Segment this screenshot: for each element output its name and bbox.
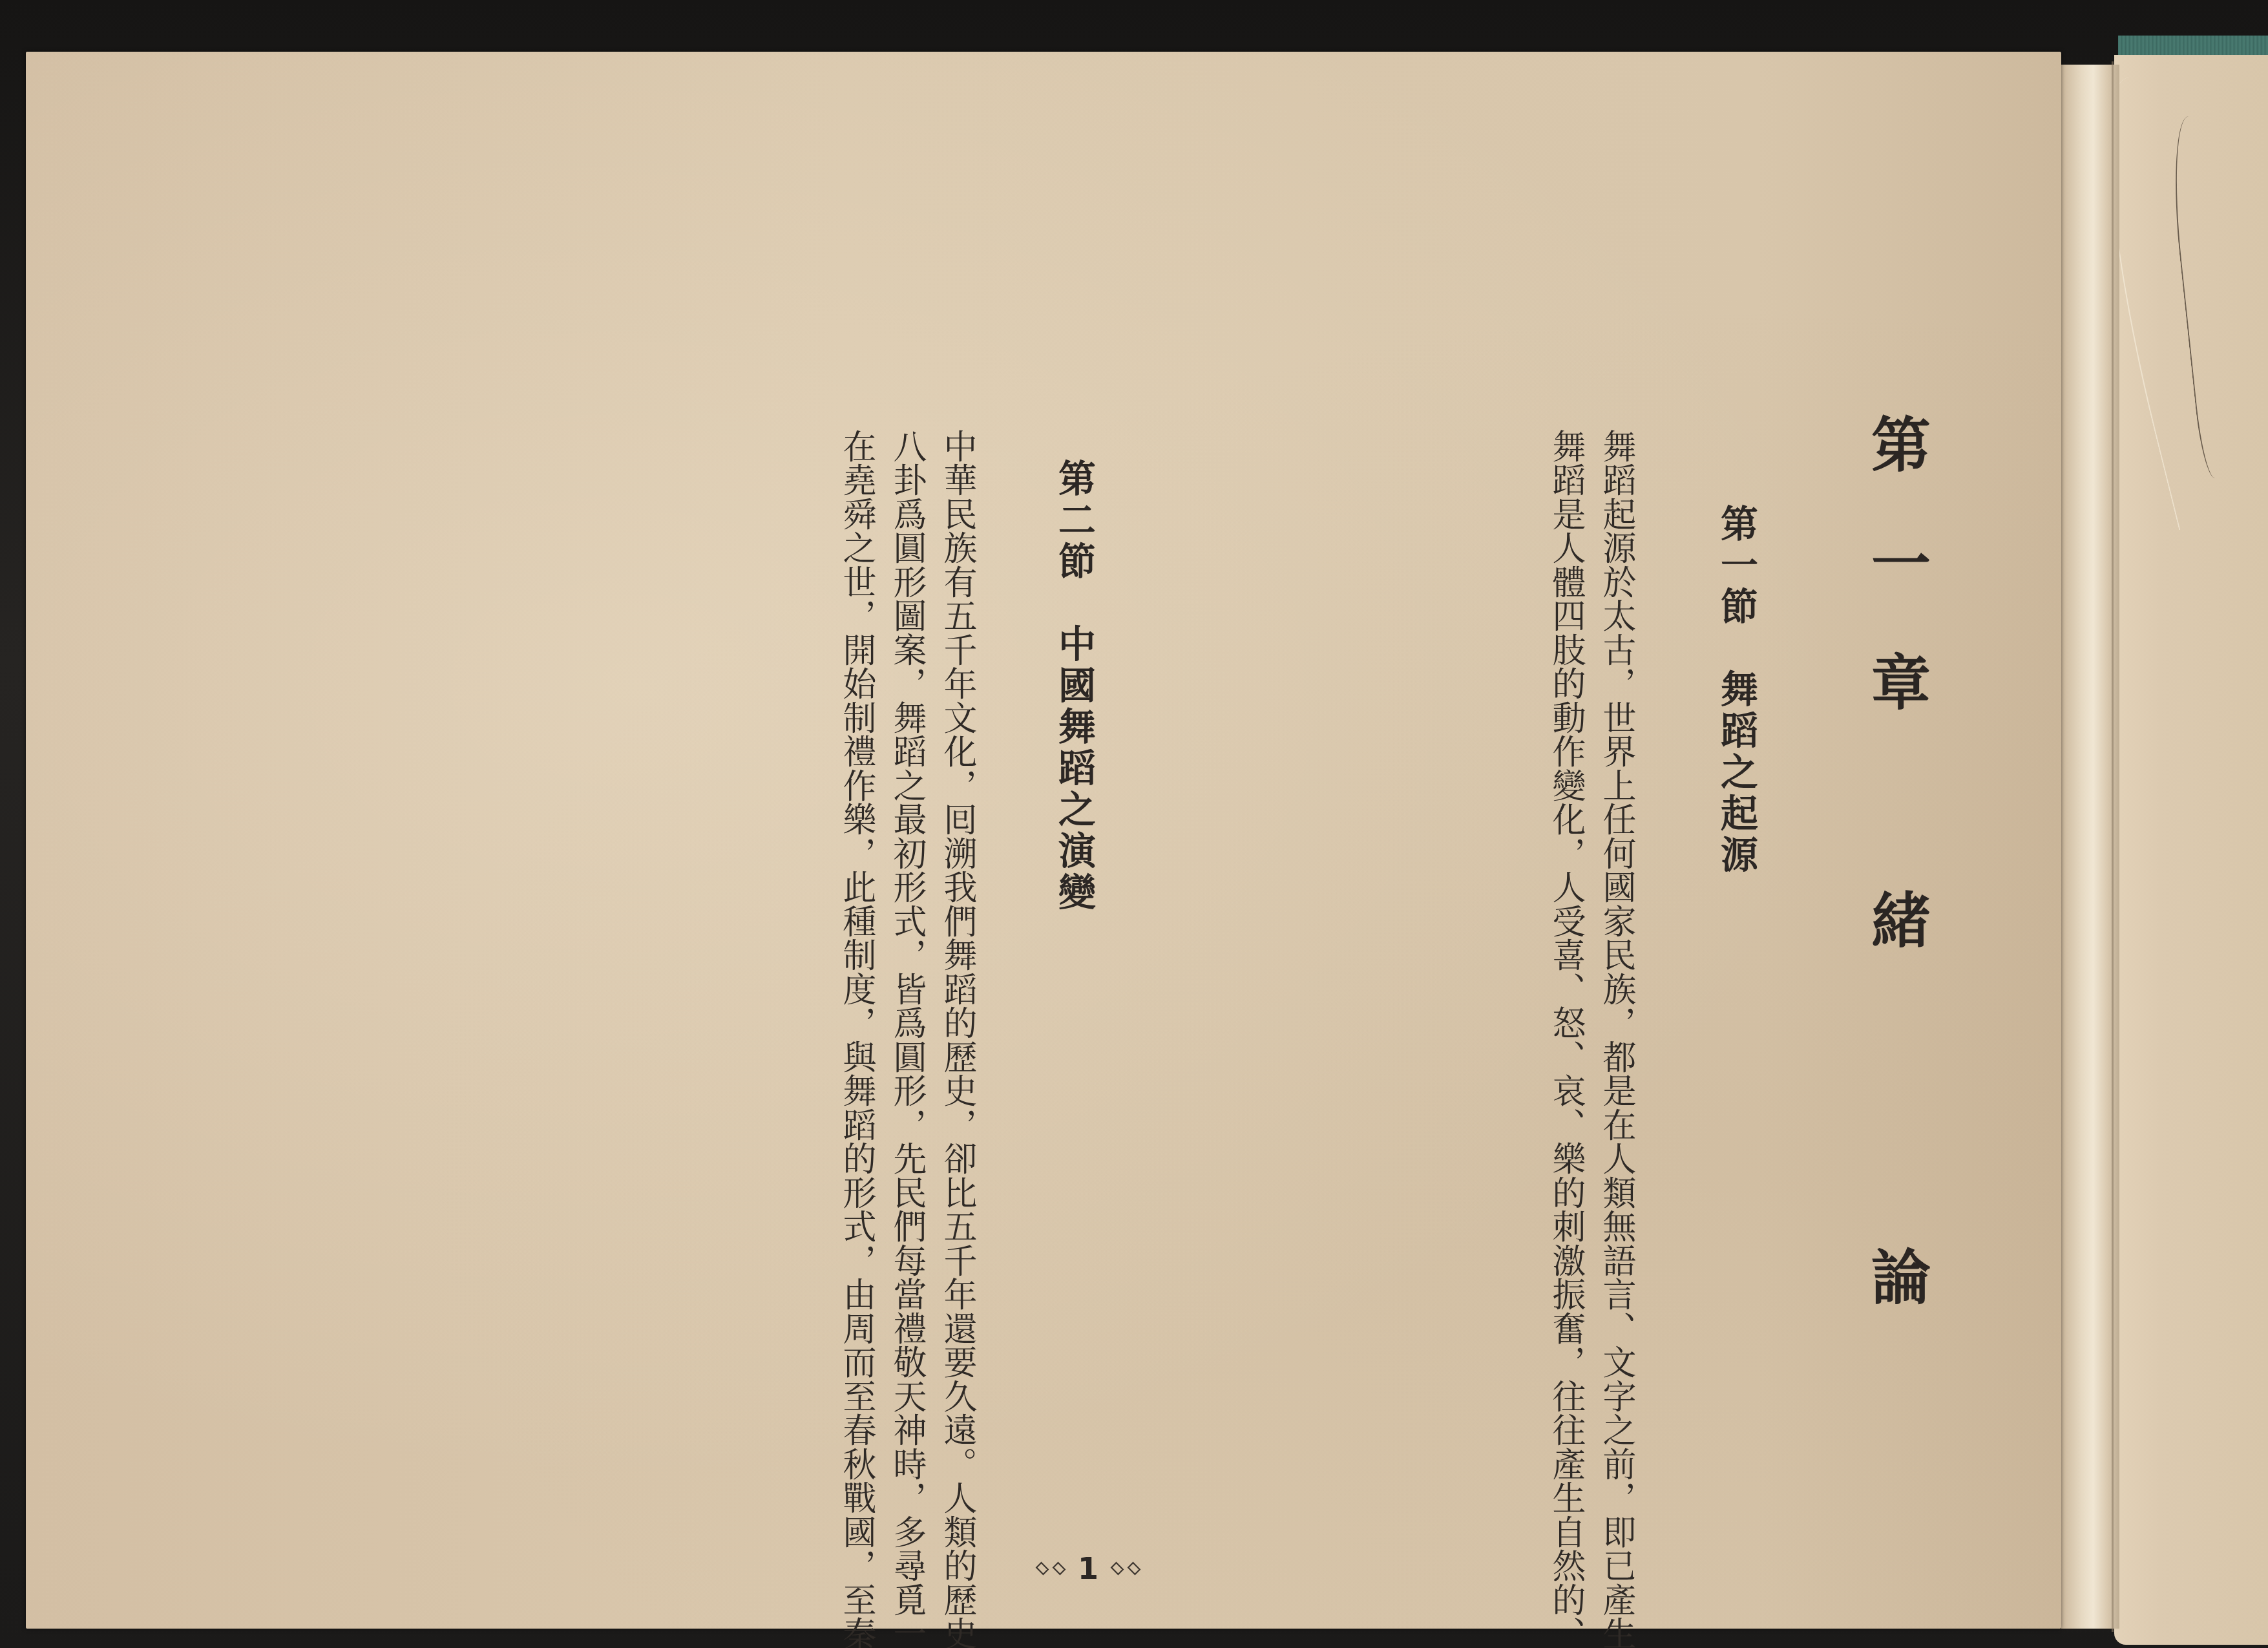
section-1-paragraph-2: 舞蹈是人體四肢的動作變化，人受喜、怒、哀、樂的刺激振奮，往往產生自然的、無意識的… — [1540, 362, 1591, 1461]
section-1-body: 舞蹈起源於太古，世界上任何國家民族，都是在人類無語言、文字之前，即已產生在先民生… — [1124, 362, 1641, 1461]
chapter-title: 第一章 緒 論 — [1853, 414, 1938, 1365]
diamond-ornament-icon — [1034, 1563, 1067, 1574]
section-2-paragraph-2: 八卦爲圓形圖案，舞蹈之最初形式，皆爲圓形，先民們每當禮敬天神時，多尋覓一適當場所… — [881, 362, 932, 1461]
section-2-paragraph-1: 中華民族有五千年文化，囘溯我們舞蹈的歷史，卻比五千年還要久遠。人類的歷史是用文字… — [932, 362, 982, 1461]
gutter-seam — [2112, 61, 2114, 1632]
section-heading-2: 第二節 中國舞蹈之演變 — [1047, 459, 1101, 914]
page-number: 1 — [1034, 1551, 1142, 1586]
page-number-value: 1 — [1078, 1551, 1098, 1586]
section-2-body: 中華民族有五千年文化，囘溯我們舞蹈的歷史，卻比五千年還要久遠。人類的歷史是用文字… — [116, 362, 982, 1461]
section-heading-1: 第一節 舞蹈之起源 — [1709, 504, 1763, 876]
diamond-ornament-icon — [1109, 1563, 1142, 1574]
book-spine-cloth — [2118, 36, 2268, 56]
section-1-paragraph-1: 舞蹈起源於太古，世界上任何國家民族，都是在人類無語言、文字之前，即已產生在先民生… — [1591, 362, 1641, 1461]
section-2-paragraph-3: 在堯舜之世，開始制禮作樂，此種制度，與舞蹈的形式，由周而至春秋戰國，至秦、兩漢，… — [831, 362, 881, 1461]
page-gutter — [2061, 65, 2119, 1629]
book-page: 第一章 緒 論 第一節 舞蹈之起源 舞蹈起源於太古，世界上任何國家民族，都是在人… — [26, 52, 2061, 1629]
